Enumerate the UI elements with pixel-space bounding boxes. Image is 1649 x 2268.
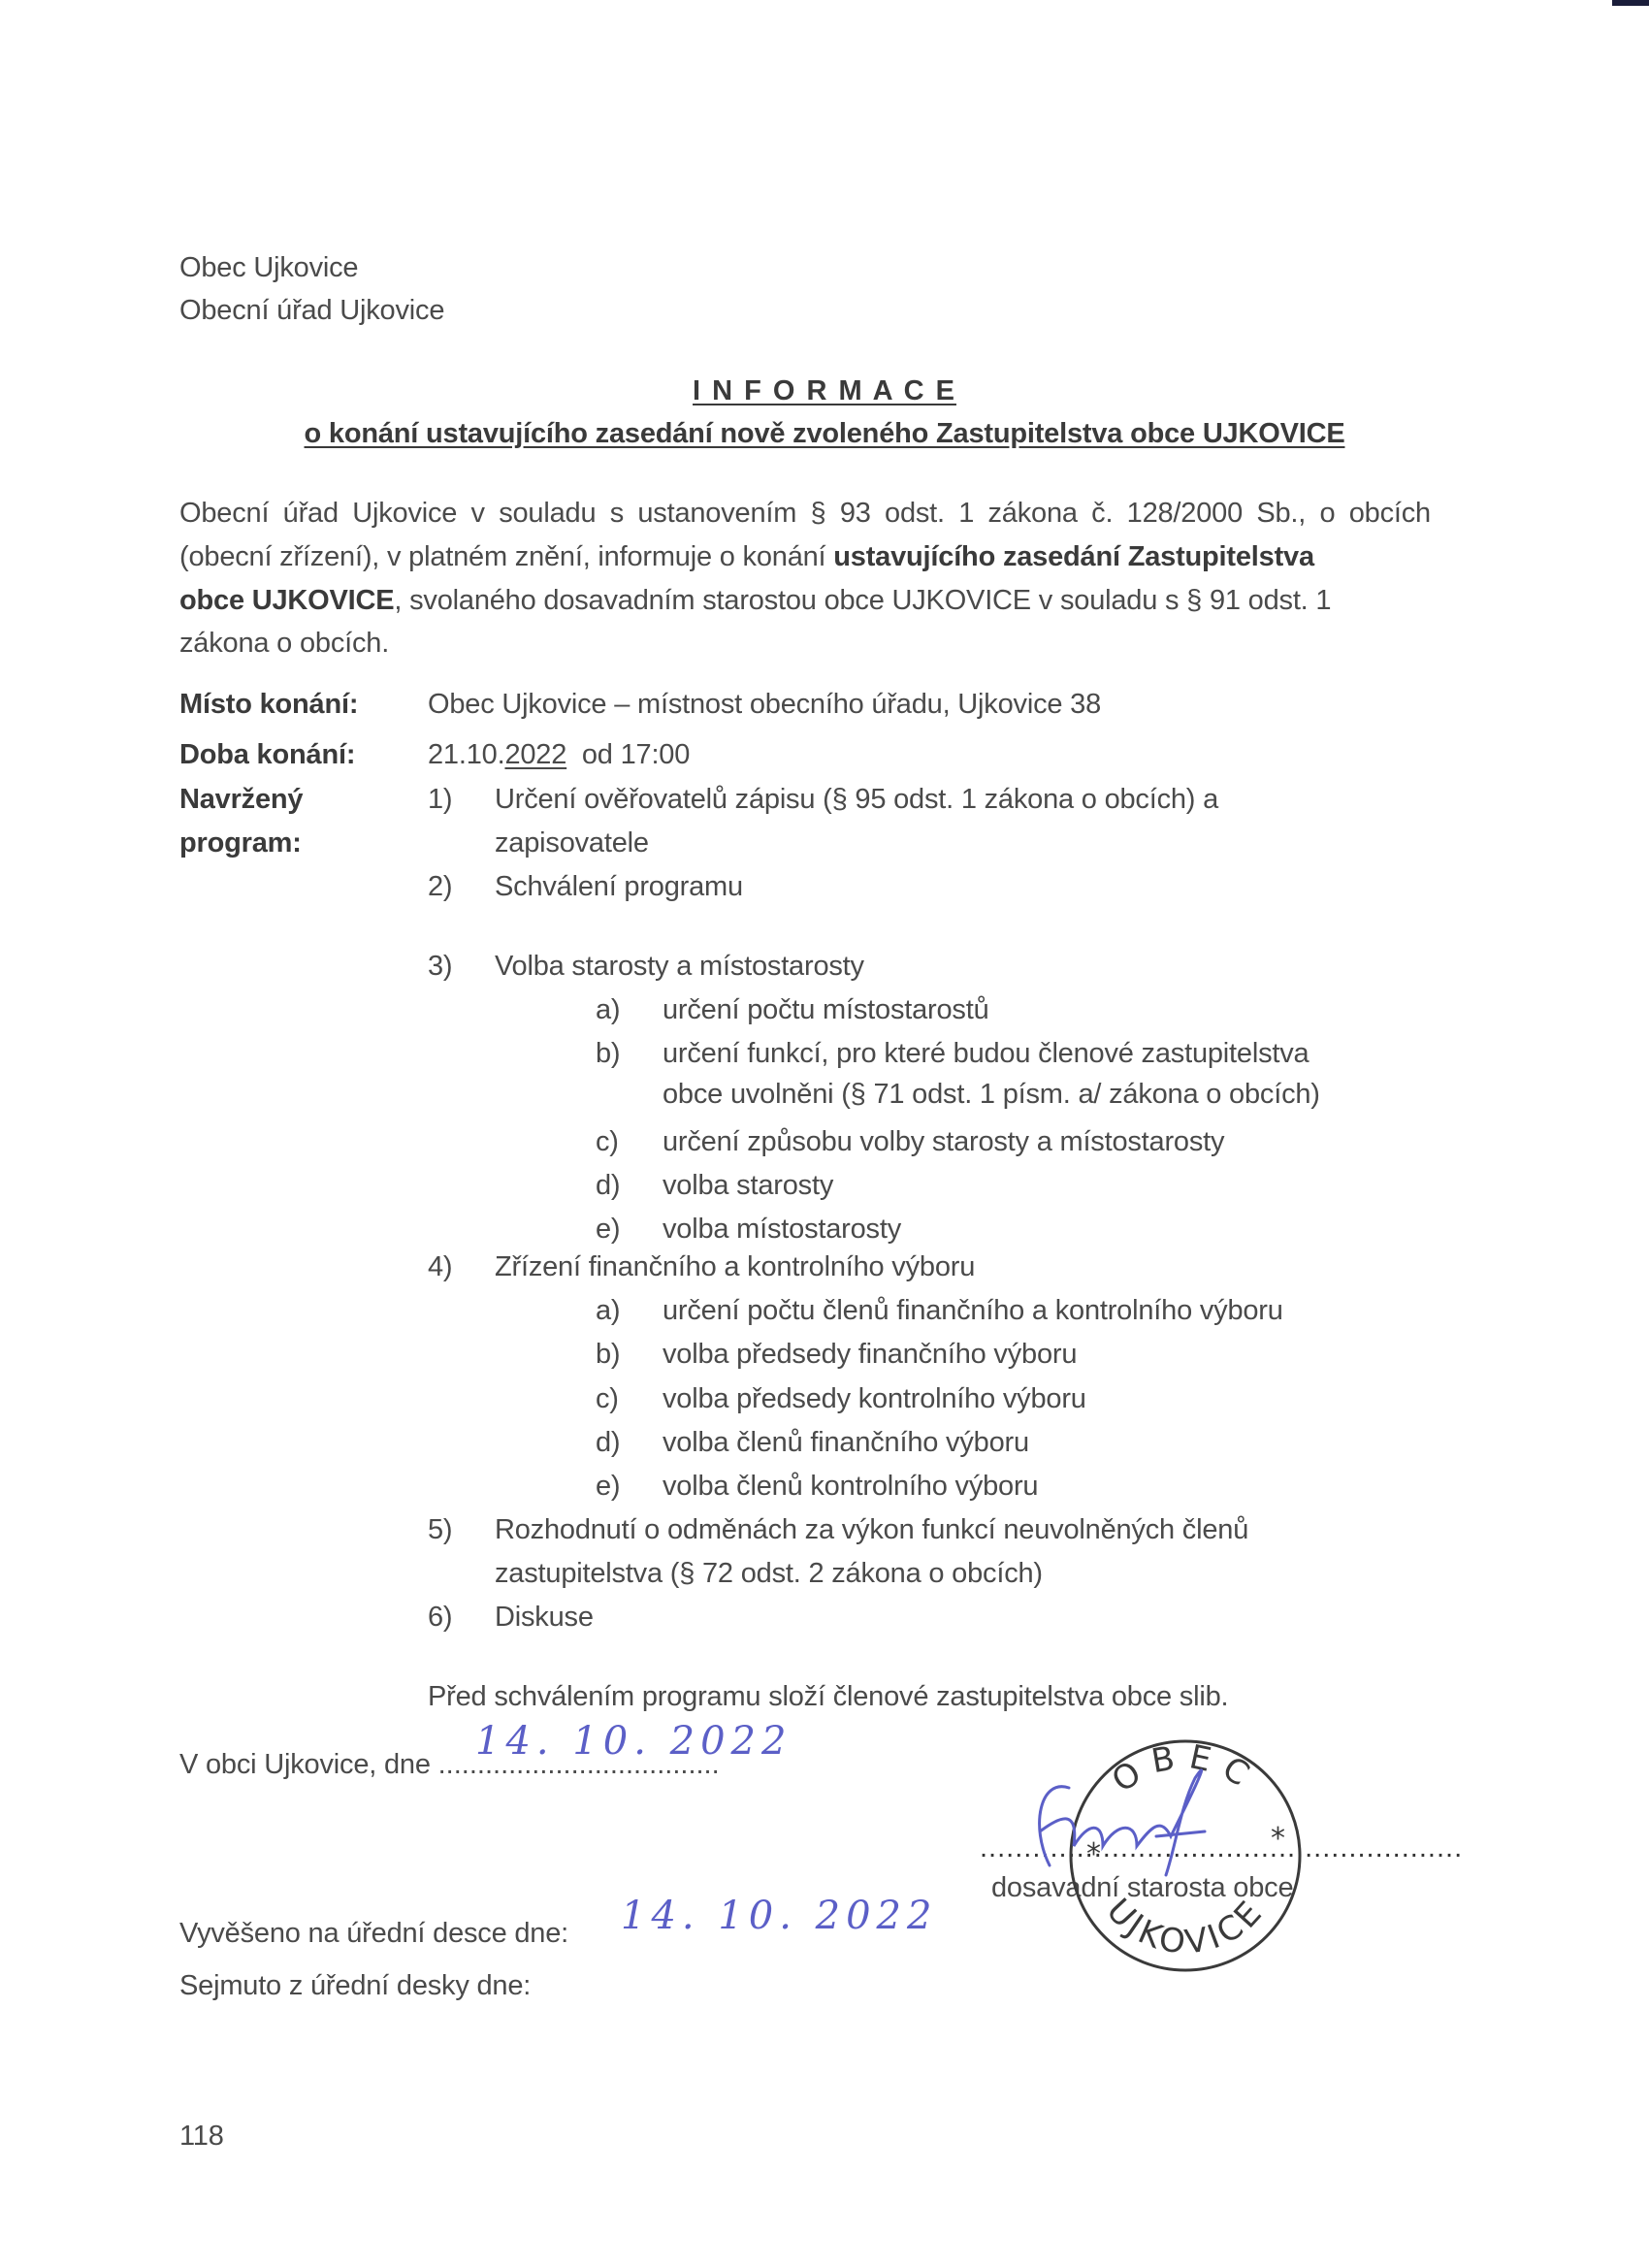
program-subitem-text: volba členů kontrolního výboru xyxy=(663,1470,1038,1503)
posted-label: Vyvěšeno na úřední desce dne: xyxy=(179,1917,568,1950)
header-municipality: Obec Ujkovice xyxy=(179,251,358,284)
handwritten-signing-date: 14. 10. 2022 xyxy=(475,1725,792,1758)
program-subitem-letter: c) xyxy=(596,1125,619,1158)
program-subitem-letter: d) xyxy=(596,1169,620,1202)
program-subitem-letter: b) xyxy=(596,1037,620,1070)
program-item-number: 2) xyxy=(428,870,452,903)
place-label: Místo konání: xyxy=(179,688,358,721)
program-subitem-text: volba členů finančního výboru xyxy=(663,1426,1029,1459)
program-subitem-text: volba předsedy finančního výboru xyxy=(663,1338,1077,1371)
program-subitem-letter: e) xyxy=(596,1470,620,1503)
program-item-text: Zřízení finančního a kontrolního výboru xyxy=(495,1250,975,1283)
program-subitem-letter: a) xyxy=(596,993,620,1026)
program-subitem-text: volba místostarosty xyxy=(663,1213,901,1246)
scan-edge-mark xyxy=(1612,0,1649,6)
program-item-text: zastupitelstva (§ 72 odst. 2 zákona o ob… xyxy=(495,1557,1043,1590)
program-subitem-text: určení způsobu volby starosty a místosta… xyxy=(663,1125,1224,1158)
program-subitem-text: určení funkcí, pro které budou členové z… xyxy=(663,1037,1309,1070)
program-item-text: Schválení programu xyxy=(495,870,743,903)
intro-line-3: obce UJKOVICE, svolaného dosavadním star… xyxy=(179,584,1331,617)
official-stamp-icon: OBEC UJKOVICE * * xyxy=(982,1739,1370,1992)
document-subtitle: o konání ustavujícího zasedání nově zvol… xyxy=(0,417,1649,450)
program-item-text: Diskuse xyxy=(495,1601,594,1634)
intro-line-2: (obecní zřízení), v platném znění, infor… xyxy=(179,540,1314,573)
oath-note: Před schválením programu složí členové z… xyxy=(428,1680,1228,1713)
program-item-number: 5) xyxy=(428,1513,452,1546)
program-item-text: Volba starosty a místostarosty xyxy=(495,950,864,983)
program-subitem-text: určení počtu členů finančního a kontroln… xyxy=(663,1294,1283,1327)
program-label-1: Navržený xyxy=(179,783,303,816)
page-number: 118 xyxy=(179,2120,224,2153)
program-item-number: 4) xyxy=(428,1250,452,1283)
program-subitem-text: volba starosty xyxy=(663,1169,833,1202)
program-subitem-letter: d) xyxy=(596,1426,620,1459)
program-subitem-letter: a) xyxy=(596,1294,620,1327)
program-item-number: 1) xyxy=(428,783,452,816)
removed-label: Sejmuto z úřední desky dne: xyxy=(179,1969,531,2002)
program-item-text: Určení ověřovatelů zápisu (§ 95 odst. 1 … xyxy=(495,783,1218,816)
place-value: Obec Ujkovice – místnost obecního úřadu,… xyxy=(428,688,1101,721)
posted-date-handwritten: 14. 10. 2022 xyxy=(621,1899,937,1932)
header-office: Obecní úřad Ujkovice xyxy=(179,294,444,327)
intro-line-4: zákona o obcích. xyxy=(179,627,389,660)
svg-text:*: * xyxy=(1086,1837,1101,1871)
svg-text:*: * xyxy=(1271,1822,1285,1856)
program-item-number: 3) xyxy=(428,950,452,983)
program-item-text: zapisovatele xyxy=(495,826,649,859)
program-item-text: Rozhodnutí o odměnách za výkon funkcí ne… xyxy=(495,1513,1248,1546)
time-value: 21.10.2022 od 17:00 xyxy=(428,738,690,771)
intro-line-1: Obecní úřad Ujkovice v souladu s ustanov… xyxy=(179,497,1431,530)
document-title: I N F O R M A C E xyxy=(0,374,1649,407)
program-subitem-text: volba předsedy kontrolního výboru xyxy=(663,1382,1086,1415)
program-label-2: program: xyxy=(179,826,302,859)
program-subitem-text: určení počtu místostarostů xyxy=(663,993,989,1026)
program-subitem-letter: e) xyxy=(596,1213,620,1246)
program-item-number: 6) xyxy=(428,1601,452,1634)
program-subitem-letter: c) xyxy=(596,1382,619,1415)
program-subitem-letter: b) xyxy=(596,1338,620,1371)
svg-text:OBEC: OBEC xyxy=(1105,1739,1266,1800)
program-subitem-text: obce uvolněni (§ 71 odst. 1 písm. a/ zák… xyxy=(663,1078,1320,1111)
time-label: Doba konání: xyxy=(179,738,355,771)
